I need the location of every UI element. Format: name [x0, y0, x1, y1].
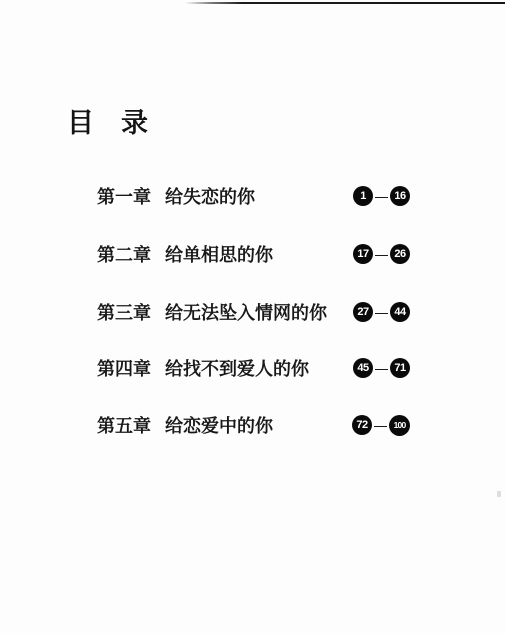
- chapter-label: 第三章: [97, 299, 151, 325]
- range-dash: —: [375, 249, 388, 259]
- start-page-badge: 72: [352, 415, 372, 435]
- chapter-title: 给失恋的你: [165, 183, 255, 209]
- end-page-badge: 44: [390, 302, 410, 322]
- start-page-badge: 1: [353, 186, 373, 206]
- chapter-title: 给无法坠入情网的你: [165, 299, 327, 325]
- chapter-label: 第五章: [97, 412, 151, 438]
- range-dash: —: [374, 420, 387, 430]
- range-dash: —: [375, 191, 388, 201]
- scan-artifact-top-line: [185, 2, 505, 4]
- end-page-badge: 71: [390, 358, 410, 378]
- start-page-badge: 45: [353, 358, 373, 378]
- toc-row-chapter-5: 第五章 给恋爱中的你 72 — 100: [97, 414, 410, 436]
- range-dash: —: [375, 307, 388, 317]
- start-page-badge: 27: [353, 302, 373, 322]
- chapter-label: 第四章: [97, 355, 151, 381]
- toc-row-chapter-4: 第四章 给找不到爱人的你 45 — 71: [97, 357, 410, 379]
- start-page-badge: 17: [353, 244, 373, 264]
- scan-artifact-speck: [497, 491, 501, 497]
- toc-entry-text: 第三章 给无法坠入情网的你: [97, 299, 327, 325]
- toc-row-chapter-3: 第三章 给无法坠入情网的你 27 — 44: [97, 301, 410, 323]
- chapter-label: 第二章: [97, 241, 151, 267]
- page-range: 72 — 100: [352, 415, 410, 436]
- toc-row-chapter-1: 第一章 给失恋的你 1 — 16: [97, 185, 410, 207]
- chapter-title: 给单相思的你: [165, 241, 273, 267]
- toc-entry-text: 第二章 给单相思的你: [97, 241, 273, 267]
- page-range: 1 — 16: [353, 186, 410, 206]
- chapter-title: 给恋爱中的你: [165, 412, 273, 438]
- toc-entry-text: 第五章 给恋爱中的你: [97, 412, 273, 438]
- page-title: 目 录: [67, 101, 148, 140]
- page-range: 27 — 44: [353, 302, 410, 322]
- toc-entry-text: 第一章 给失恋的你: [97, 183, 255, 209]
- chapter-label: 第一章: [97, 183, 151, 209]
- page-range: 45 — 71: [353, 358, 410, 378]
- page-range: 17 — 26: [353, 244, 410, 264]
- end-page-badge: 16: [390, 186, 410, 206]
- end-page-badge: 100: [389, 415, 410, 436]
- chapter-title: 给找不到爱人的你: [165, 355, 309, 381]
- range-dash: —: [375, 363, 388, 373]
- toc-row-chapter-2: 第二章 给单相思的你 17 — 26: [97, 243, 410, 265]
- end-page-badge: 26: [390, 244, 410, 264]
- scanned-toc-page: 目 录 第一章 给失恋的你 1 — 16 第二章 给单相思的你 17 — 26 …: [0, 0, 505, 633]
- toc-entry-text: 第四章 给找不到爱人的你: [97, 355, 309, 381]
